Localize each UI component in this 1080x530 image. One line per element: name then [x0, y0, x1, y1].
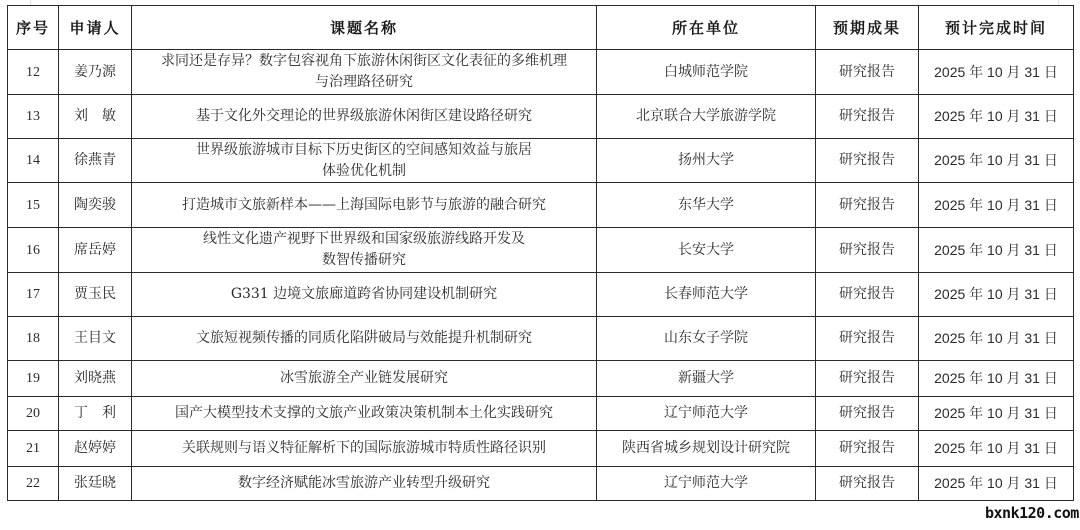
cell-title: 基于文化外交理论的世界级旅游休闲街区建设路径研究: [132, 95, 597, 139]
cell-outcome: 研究报告: [816, 361, 919, 397]
cell-outcome: 研究报告: [816, 397, 919, 431]
cell-unit: 新疆大学: [597, 361, 816, 397]
table-row: 15 陶奕骏 打造城市文旅新样本——上海国际电影节与旅游的融合研究 东华大学 研…: [8, 183, 1074, 228]
cell-no: 14: [8, 139, 59, 183]
cell-no: 19: [8, 361, 59, 397]
header-outcome: 预期成果: [816, 6, 919, 50]
cell-date: 2025 年 10 月 31 日: [919, 467, 1074, 501]
cell-applicant: 刘晓燕: [59, 361, 132, 397]
cell-title: 世界级旅游城市目标下历史街区的空间感知效益与旅居 体验优化机制: [132, 139, 597, 183]
cell-title: 国产大模型技术支撑的文旅产业政策决策机制本土化实践研究: [132, 397, 597, 431]
table-row: 14 徐燕青 世界级旅游城市目标下历史街区的空间感知效益与旅居 体验优化机制 扬…: [8, 139, 1074, 183]
cell-applicant: 席岳婷: [59, 228, 132, 273]
cell-applicant: 赵婷婷: [59, 431, 132, 467]
cell-outcome: 研究报告: [816, 183, 919, 228]
cell-outcome: 研究报告: [816, 431, 919, 467]
cell-applicant: 王目文: [59, 317, 132, 361]
header-no: 序号: [8, 6, 59, 50]
title-line: G331 边境文旅廊道跨省协同建设机制研究: [136, 284, 592, 305]
cell-no: 12: [8, 50, 59, 95]
header-row: 序号 申请人 课题名称 所在单位 预期成果 预计完成时间: [8, 6, 1074, 50]
cell-unit: 北京联合大学旅游学院: [597, 95, 816, 139]
table-row: 19 刘晓燕 冰雪旅游全产业链发展研究 新疆大学 研究报告 2025 年 10 …: [8, 361, 1074, 397]
cell-no: 17: [8, 273, 59, 317]
cell-no: 20: [8, 397, 59, 431]
cell-title: 求同还是存异？数字包容视角下旅游休闲街区文化表征的多维机理 与治理路径研究: [132, 50, 597, 95]
cell-applicant: 贾玉民: [59, 273, 132, 317]
cell-unit: 辽宁师范大学: [597, 467, 816, 501]
cell-outcome: 研究报告: [816, 467, 919, 501]
title-line: 数智传播研究: [136, 250, 592, 271]
cell-date: 2025 年 10 月 31 日: [919, 397, 1074, 431]
title-line: 国产大模型技术支撑的文旅产业政策决策机制本土化实践研究: [136, 403, 592, 424]
header-title: 课题名称: [132, 6, 597, 50]
table-row: 20 丁 利 国产大模型技术支撑的文旅产业政策决策机制本土化实践研究 辽宁师范大…: [8, 397, 1074, 431]
title-line: 打造城市文旅新样本——上海国际电影节与旅游的融合研究: [136, 195, 592, 216]
table-row: 21 赵婷婷 关联规则与语义特征解析下的国际旅游城市特质性路径识别 陕西省城乡规…: [8, 431, 1074, 467]
cell-applicant: 陶奕骏: [59, 183, 132, 228]
cell-no: 21: [8, 431, 59, 467]
cell-date: 2025 年 10 月 31 日: [919, 50, 1074, 95]
header-unit: 所在单位: [597, 6, 816, 50]
title-line: 世界级旅游城市目标下历史街区的空间感知效益与旅居: [136, 140, 592, 161]
cell-date: 2025 年 10 月 31 日: [919, 431, 1074, 467]
cell-unit: 白城师范学院: [597, 50, 816, 95]
title-line: 冰雪旅游全产业链发展研究: [136, 368, 592, 389]
cell-title: 文旅短视频传播的同质化陷阱破局与效能提升机制研究: [132, 317, 597, 361]
cell-date: 2025 年 10 月 31 日: [919, 95, 1074, 139]
title-line: 关联规则与语义特征解析下的国际旅游城市特质性路径识别: [136, 438, 592, 459]
cell-applicant: 丁 利: [59, 397, 132, 431]
cell-title: 打造城市文旅新样本——上海国际电影节与旅游的融合研究: [132, 183, 597, 228]
cell-date: 2025 年 10 月 31 日: [919, 183, 1074, 228]
title-line: 与治理路径研究: [136, 72, 592, 93]
cell-date: 2025 年 10 月 31 日: [919, 361, 1074, 397]
table-row: 17 贾玉民 G331 边境文旅廊道跨省协同建设机制研究 长春师范大学 研究报告…: [8, 273, 1074, 317]
cell-date: 2025 年 10 月 31 日: [919, 228, 1074, 273]
cell-unit: 东华大学: [597, 183, 816, 228]
cell-outcome: 研究报告: [816, 317, 919, 361]
cell-no: 16: [8, 228, 59, 273]
watermark: bxnk120.com: [984, 504, 1080, 522]
cell-date: 2025 年 10 月 31 日: [919, 273, 1074, 317]
cell-title: 冰雪旅游全产业链发展研究: [132, 361, 597, 397]
cell-applicant: 姜乃源: [59, 50, 132, 95]
table-row: 13 刘 敏 基于文化外交理论的世界级旅游休闲街区建设路径研究 北京联合大学旅游…: [8, 95, 1074, 139]
cell-no: 18: [8, 317, 59, 361]
cell-date: 2025 年 10 月 31 日: [919, 139, 1074, 183]
title-line: 文旅短视频传播的同质化陷阱破局与效能提升机制研究: [136, 328, 592, 349]
cell-title: 数字经济赋能冰雪旅游产业转型升级研究: [132, 467, 597, 501]
cell-unit: 陕西省城乡规划设计研究院: [597, 431, 816, 467]
cell-title: 关联规则与语义特征解析下的国际旅游城市特质性路径识别: [132, 431, 597, 467]
cell-unit: 辽宁师范大学: [597, 397, 816, 431]
cell-title: G331 边境文旅廊道跨省协同建设机制研究: [132, 273, 597, 317]
cell-unit: 长安大学: [597, 228, 816, 273]
cell-outcome: 研究报告: [816, 95, 919, 139]
title-line: 线性文化遗产视野下世界级和国家级旅游线路开发及: [136, 229, 592, 250]
table-row: 16 席岳婷 线性文化遗产视野下世界级和国家级旅游线路开发及 数智传播研究 长安…: [8, 228, 1074, 273]
cell-unit: 扬州大学: [597, 139, 816, 183]
title-line: 基于文化外交理论的世界级旅游休闲街区建设路径研究: [136, 106, 592, 127]
cell-applicant: 张廷晓: [59, 467, 132, 501]
table-row: 12 姜乃源 求同还是存异？数字包容视角下旅游休闲街区文化表征的多维机理 与治理…: [8, 50, 1074, 95]
cell-unit: 长春师范大学: [597, 273, 816, 317]
cell-no: 13: [8, 95, 59, 139]
cell-applicant: 徐燕青: [59, 139, 132, 183]
title-line: 体验优化机制: [136, 161, 592, 182]
project-table: 序号 申请人 课题名称 所在单位 预期成果 预计完成时间 12 姜乃源 求同还是…: [7, 5, 1074, 501]
title-line: 数字经济赋能冰雪旅游产业转型升级研究: [136, 473, 592, 494]
table-row: 18 王目文 文旅短视频传播的同质化陷阱破局与效能提升机制研究 山东女子学院 研…: [8, 317, 1074, 361]
table-row: 22 张廷晓 数字经济赋能冰雪旅游产业转型升级研究 辽宁师范大学 研究报告 20…: [8, 467, 1074, 501]
cell-outcome: 研究报告: [816, 50, 919, 95]
cell-date: 2025 年 10 月 31 日: [919, 317, 1074, 361]
cell-no: 15: [8, 183, 59, 228]
header-date: 预计完成时间: [919, 6, 1074, 50]
cell-title: 线性文化遗产视野下世界级和国家级旅游线路开发及 数智传播研究: [132, 228, 597, 273]
title-line: 求同还是存异？数字包容视角下旅游休闲街区文化表征的多维机理: [136, 51, 592, 72]
cell-outcome: 研究报告: [816, 273, 919, 317]
header-applicant: 申请人: [59, 6, 132, 50]
cell-outcome: 研究报告: [816, 139, 919, 183]
cell-outcome: 研究报告: [816, 228, 919, 273]
cell-no: 22: [8, 467, 59, 501]
cell-applicant: 刘 敏: [59, 95, 132, 139]
cell-unit: 山东女子学院: [597, 317, 816, 361]
